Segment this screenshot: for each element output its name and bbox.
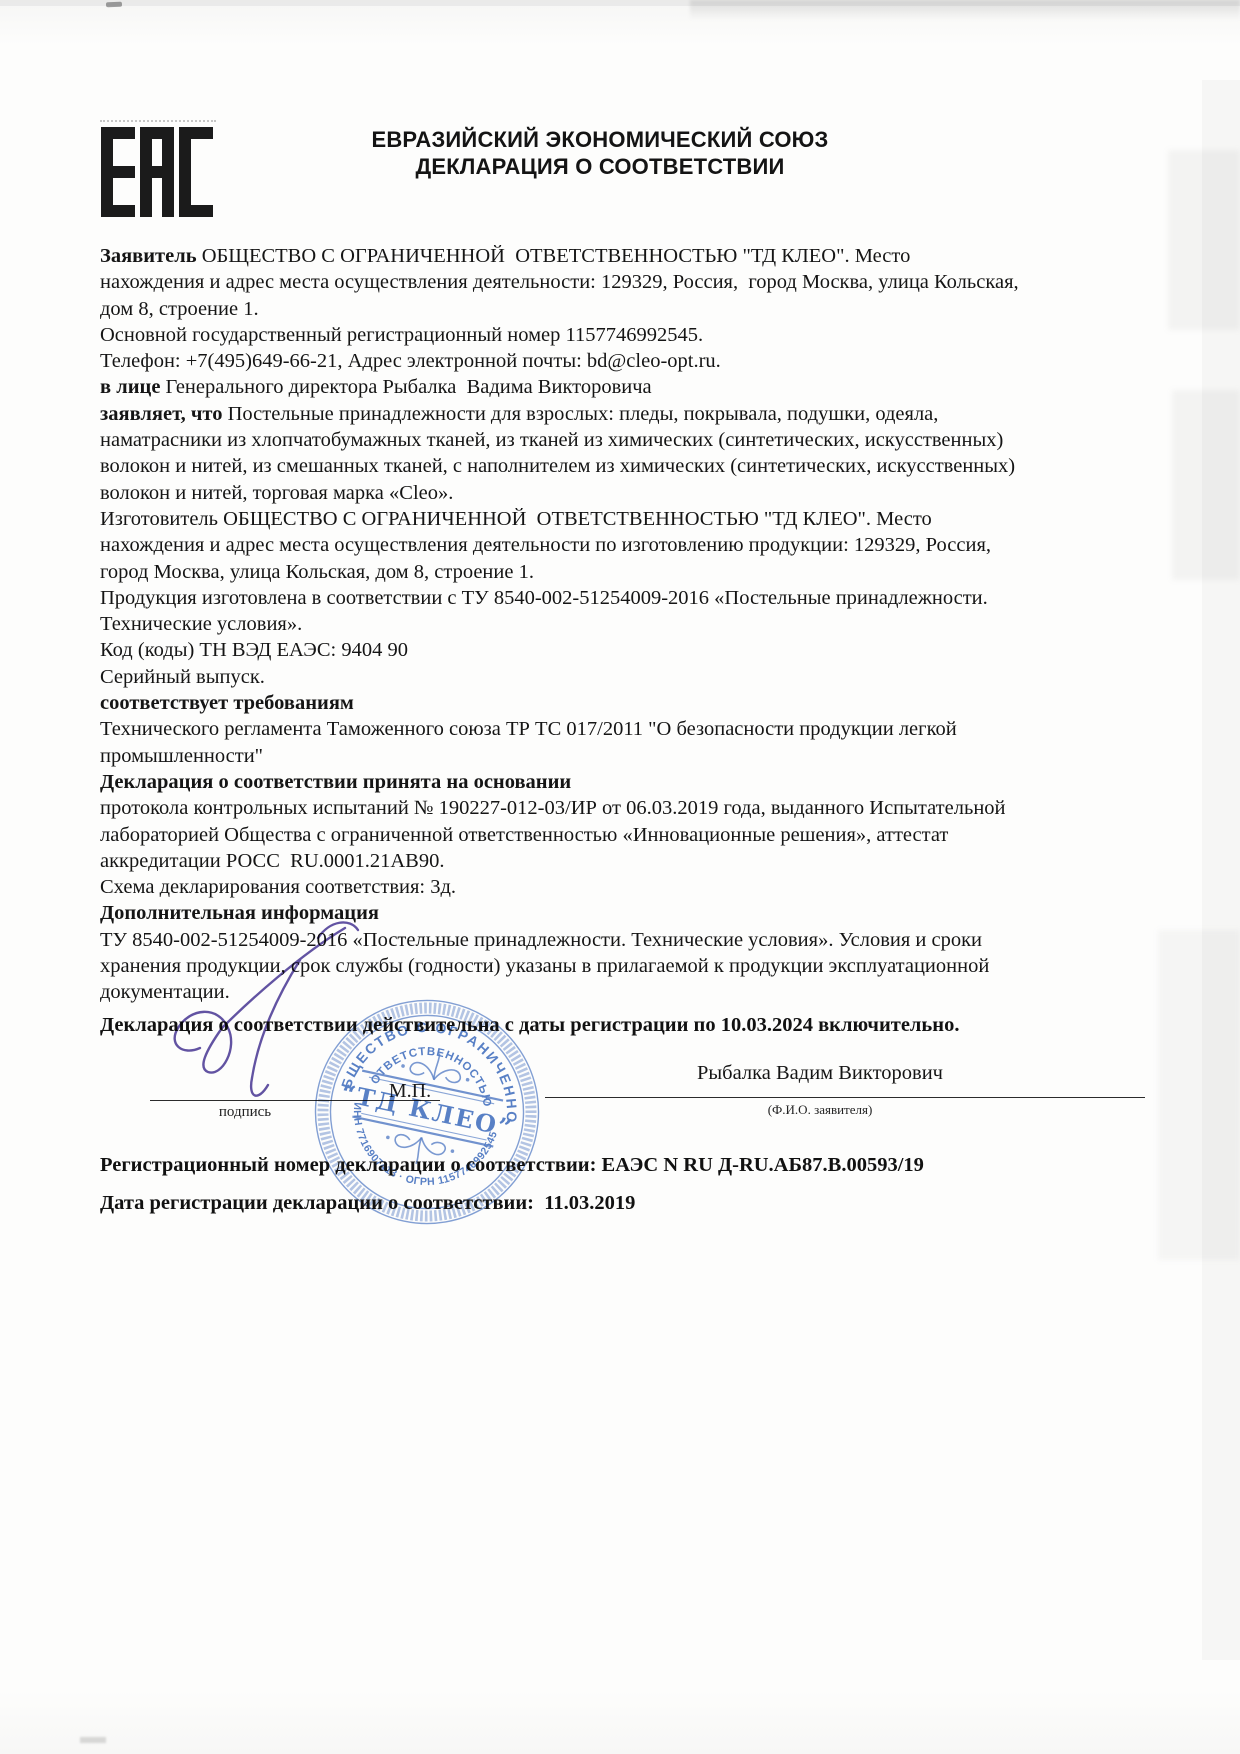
body-text-segment: волокон и нитей, из смешанных тканей, с … <box>100 455 1015 477</box>
body-line: Основной государственный регистрационный… <box>100 322 1160 348</box>
body-text-segment: нахождения и адрес места осуществления д… <box>100 271 1019 293</box>
document-body: Заявитель ОБЩЕСТВО С ОГРАНИЧЕННОЙ ОТВЕТС… <box>100 243 1160 1006</box>
body-line: заявляет, что Постельные принадлежности … <box>100 401 1160 427</box>
body-text-segment: волокон и нитей, торговая марка «Cleo». <box>100 482 453 504</box>
body-line: нахождения и адрес места осуществления д… <box>100 269 1160 295</box>
body-line: нахождения и адрес места осуществления д… <box>100 532 1160 558</box>
body-text-segment: Технические условия». <box>100 613 302 635</box>
registration-date-line: Дата регистрации декларации о соответств… <box>100 1192 1200 1215</box>
body-line: Схема декларирования соответствия: 3д. <box>100 874 1160 900</box>
body-text-segment: ОБЩЕСТВО С ОГРАНИЧЕННОЙ ОТВЕТСТВЕННОСТЬЮ… <box>197 245 911 267</box>
body-line: Технического регламента Таможенного союз… <box>100 716 1160 742</box>
body-line: Технические условия». <box>100 611 1160 637</box>
body-line: протокола контрольных испытаний № 190227… <box>100 795 1160 821</box>
body-line: соответствует требованиям <box>100 690 1160 716</box>
body-line: аккредитации РОСС RU.0001.21АВ90. <box>100 848 1160 874</box>
title-line-declaration: ДЕКЛАРАЦИЯ О СООТВЕТСТВИИ <box>180 153 1020 180</box>
scan-dotted-line <box>100 120 216 122</box>
body-text-segment: аккредитации РОСС RU.0001.21АВ90. <box>100 850 444 872</box>
body-line: Заявитель ОБЩЕСТВО С ОГРАНИЧЕННОЙ ОТВЕТС… <box>100 243 1160 269</box>
body-line: город Москва, улица Кольская, дом 8, стр… <box>100 559 1160 585</box>
body-text-segment: Заявитель <box>100 245 197 267</box>
signature-scribble <box>150 900 410 1110</box>
body-text-segment: дом 8, строение 1. <box>100 298 259 320</box>
body-line: волокон и нитей, торговая марка «Cleo». <box>100 480 1160 506</box>
body-text-segment: лабораторией Общества с ограниченной отв… <box>100 824 948 846</box>
body-text-segment: Основной государственный регистрационный… <box>100 324 703 346</box>
body-line: промышленности" <box>100 743 1160 769</box>
scan-artifact <box>1172 390 1240 580</box>
body-line: Телефон: +7(495)649-66-21, Адрес электро… <box>100 348 1160 374</box>
body-text-segment: Код (коды) ТН ВЭД ЕАЭС: 9404 90 <box>100 639 408 661</box>
scan-artifact <box>1202 80 1240 1660</box>
body-text-segment: город Москва, улица Кольская, дом 8, стр… <box>100 561 534 583</box>
body-line: волокон и нитей, из смешанных тканей, с … <box>100 453 1160 479</box>
scan-artifact <box>0 0 1240 6</box>
body-line: Изготовитель ОБЩЕСТВО С ОГРАНИЧЕННОЙ ОТВ… <box>100 506 1160 532</box>
body-text-segment: наматрасники из хлопчатобумажных тканей,… <box>100 429 1003 451</box>
body-text-segment: соответствует требованиям <box>100 692 354 714</box>
scan-artifact <box>690 0 1240 20</box>
body-text-segment: Серийный выпуск. <box>100 666 265 688</box>
applicant-name: Рыбалка Вадим Викторович <box>520 1062 1120 1085</box>
declaration-document-page: ЕВРАЗИЙСКИЙ ЭКОНОМИЧЕСКИЙ СОЮЗ ДЕКЛАРАЦИ… <box>0 0 1240 1754</box>
body-text-segment: Схема декларирования соответствия: 3д. <box>100 876 456 898</box>
applicant-name-line <box>545 1097 1145 1098</box>
body-line: в лице Генерального директора Рыбалка Ва… <box>100 374 1160 400</box>
body-line: Продукция изготовлена в соответствии с Т… <box>100 585 1160 611</box>
body-text-segment: Телефон: +7(495)649-66-21, Адрес электро… <box>100 350 721 372</box>
body-text-segment: Декларация о соответствии принята на осн… <box>100 771 571 793</box>
body-line: Декларация о соответствии принята на осн… <box>100 769 1160 795</box>
body-text-segment: в лице <box>100 376 160 398</box>
body-line: Серийный выпуск. <box>100 664 1160 690</box>
body-text-segment: промышленности" <box>100 745 263 767</box>
scan-artifact <box>1168 150 1240 330</box>
body-text-segment: Продукция изготовлена в соответствии с Т… <box>100 587 988 609</box>
scan-artifact <box>106 2 122 8</box>
body-line: Код (коды) ТН ВЭД ЕАЭС: 9404 90 <box>100 637 1160 663</box>
body-text-segment: Технического регламента Таможенного союз… <box>100 718 957 740</box>
body-text-segment: заявляет, что <box>100 403 222 425</box>
document-title: ЕВРАЗИЙСКИЙ ЭКОНОМИЧЕСКИЙ СОЮЗ ДЕКЛАРАЦИ… <box>180 126 1020 180</box>
applicant-name-caption: (Ф.И.О. заявителя) <box>520 1102 1120 1118</box>
title-line-union: ЕВРАЗИЙСКИЙ ЭКОНОМИЧЕСКИЙ СОЮЗ <box>180 126 1020 153</box>
body-text-segment: Изготовитель ОБЩЕСТВО С ОГРАНИЧЕННОЙ ОТВ… <box>100 508 932 530</box>
body-line: лабораторией Общества с ограниченной отв… <box>100 822 1160 848</box>
body-text-segment: Постельные принадлежности для взрослых: … <box>222 403 938 425</box>
body-line: дом 8, строение 1. <box>100 296 1160 322</box>
body-text-segment: нахождения и адрес места осуществления д… <box>100 534 991 556</box>
body-line: наматрасники из хлопчатобумажных тканей,… <box>100 427 1160 453</box>
body-text-segment: протокола контрольных испытаний № 190227… <box>100 797 1006 819</box>
registration-number-line: Регистрационный номер декларации о соотв… <box>100 1154 1200 1177</box>
scan-artifact <box>80 1737 106 1743</box>
body-text-segment: Генерального директора Рыбалка Вадима Ви… <box>160 376 651 398</box>
